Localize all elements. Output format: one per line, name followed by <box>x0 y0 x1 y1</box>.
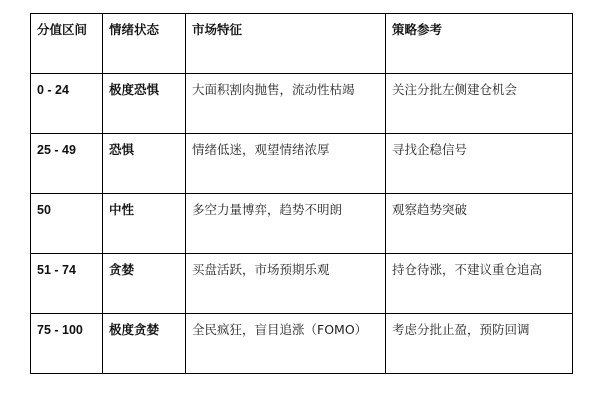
cell-sentiment-state: 贪婪 <box>103 254 186 314</box>
cell-sentiment-state: 恐惧 <box>103 134 186 194</box>
header-score-range: 分值区间 <box>31 14 103 74</box>
cell-market-features: 情绪低迷，观望情绪浓厚 <box>186 134 386 194</box>
cell-sentiment-state: 极度恐惧 <box>103 74 186 134</box>
table-row: 0 - 24 极度恐惧 大面积割肉抛售，流动性枯竭 关注分批左侧建仓机会 <box>31 74 573 134</box>
cell-market-features: 多空力量博弈，趋势不明朗 <box>186 194 386 254</box>
cell-strategy: 寻找企稳信号 <box>386 134 573 194</box>
cell-score-range: 75 - 100 <box>31 314 103 374</box>
header-sentiment-state: 情绪状态 <box>103 14 186 74</box>
table-row: 25 - 49 恐惧 情绪低迷，观望情绪浓厚 寻找企稳信号 <box>31 134 573 194</box>
cell-strategy: 观察趋势突破 <box>386 194 573 254</box>
cell-strategy: 持仓待涨，不建议重仓追高 <box>386 254 573 314</box>
table-row: 51 - 74 贪婪 买盘活跃，市场预期乐观 持仓待涨，不建议重仓追高 <box>31 254 573 314</box>
table-row: 75 - 100 极度贪婪 全民疯狂，盲目追涨（FOMO） 考虑分批止盈，预防回… <box>31 314 573 374</box>
table-header-row: 分值区间 情绪状态 市场特征 策略参考 <box>31 14 573 74</box>
cell-score-range: 51 - 74 <box>31 254 103 314</box>
cell-score-range: 0 - 24 <box>31 74 103 134</box>
cell-score-range: 50 <box>31 194 103 254</box>
cell-sentiment-state: 中性 <box>103 194 186 254</box>
cell-strategy: 关注分批左侧建仓机会 <box>386 74 573 134</box>
cell-market-features: 大面积割肉抛售，流动性枯竭 <box>186 74 386 134</box>
cell-score-range: 25 - 49 <box>31 134 103 194</box>
cell-sentiment-state: 极度贪婪 <box>103 314 186 374</box>
table-row: 50 中性 多空力量博弈，趋势不明朗 观察趋势突破 <box>31 194 573 254</box>
cell-strategy: 考虑分批止盈，预防回调 <box>386 314 573 374</box>
fear-greed-index-table: 分值区间 情绪状态 市场特征 策略参考 0 - 24 极度恐惧 大面积割肉抛售，… <box>30 13 573 374</box>
cell-market-features: 全民疯狂，盲目追涨（FOMO） <box>186 314 386 374</box>
header-strategy-reference: 策略参考 <box>386 14 573 74</box>
cell-market-features: 买盘活跃，市场预期乐观 <box>186 254 386 314</box>
header-market-features: 市场特征 <box>186 14 386 74</box>
